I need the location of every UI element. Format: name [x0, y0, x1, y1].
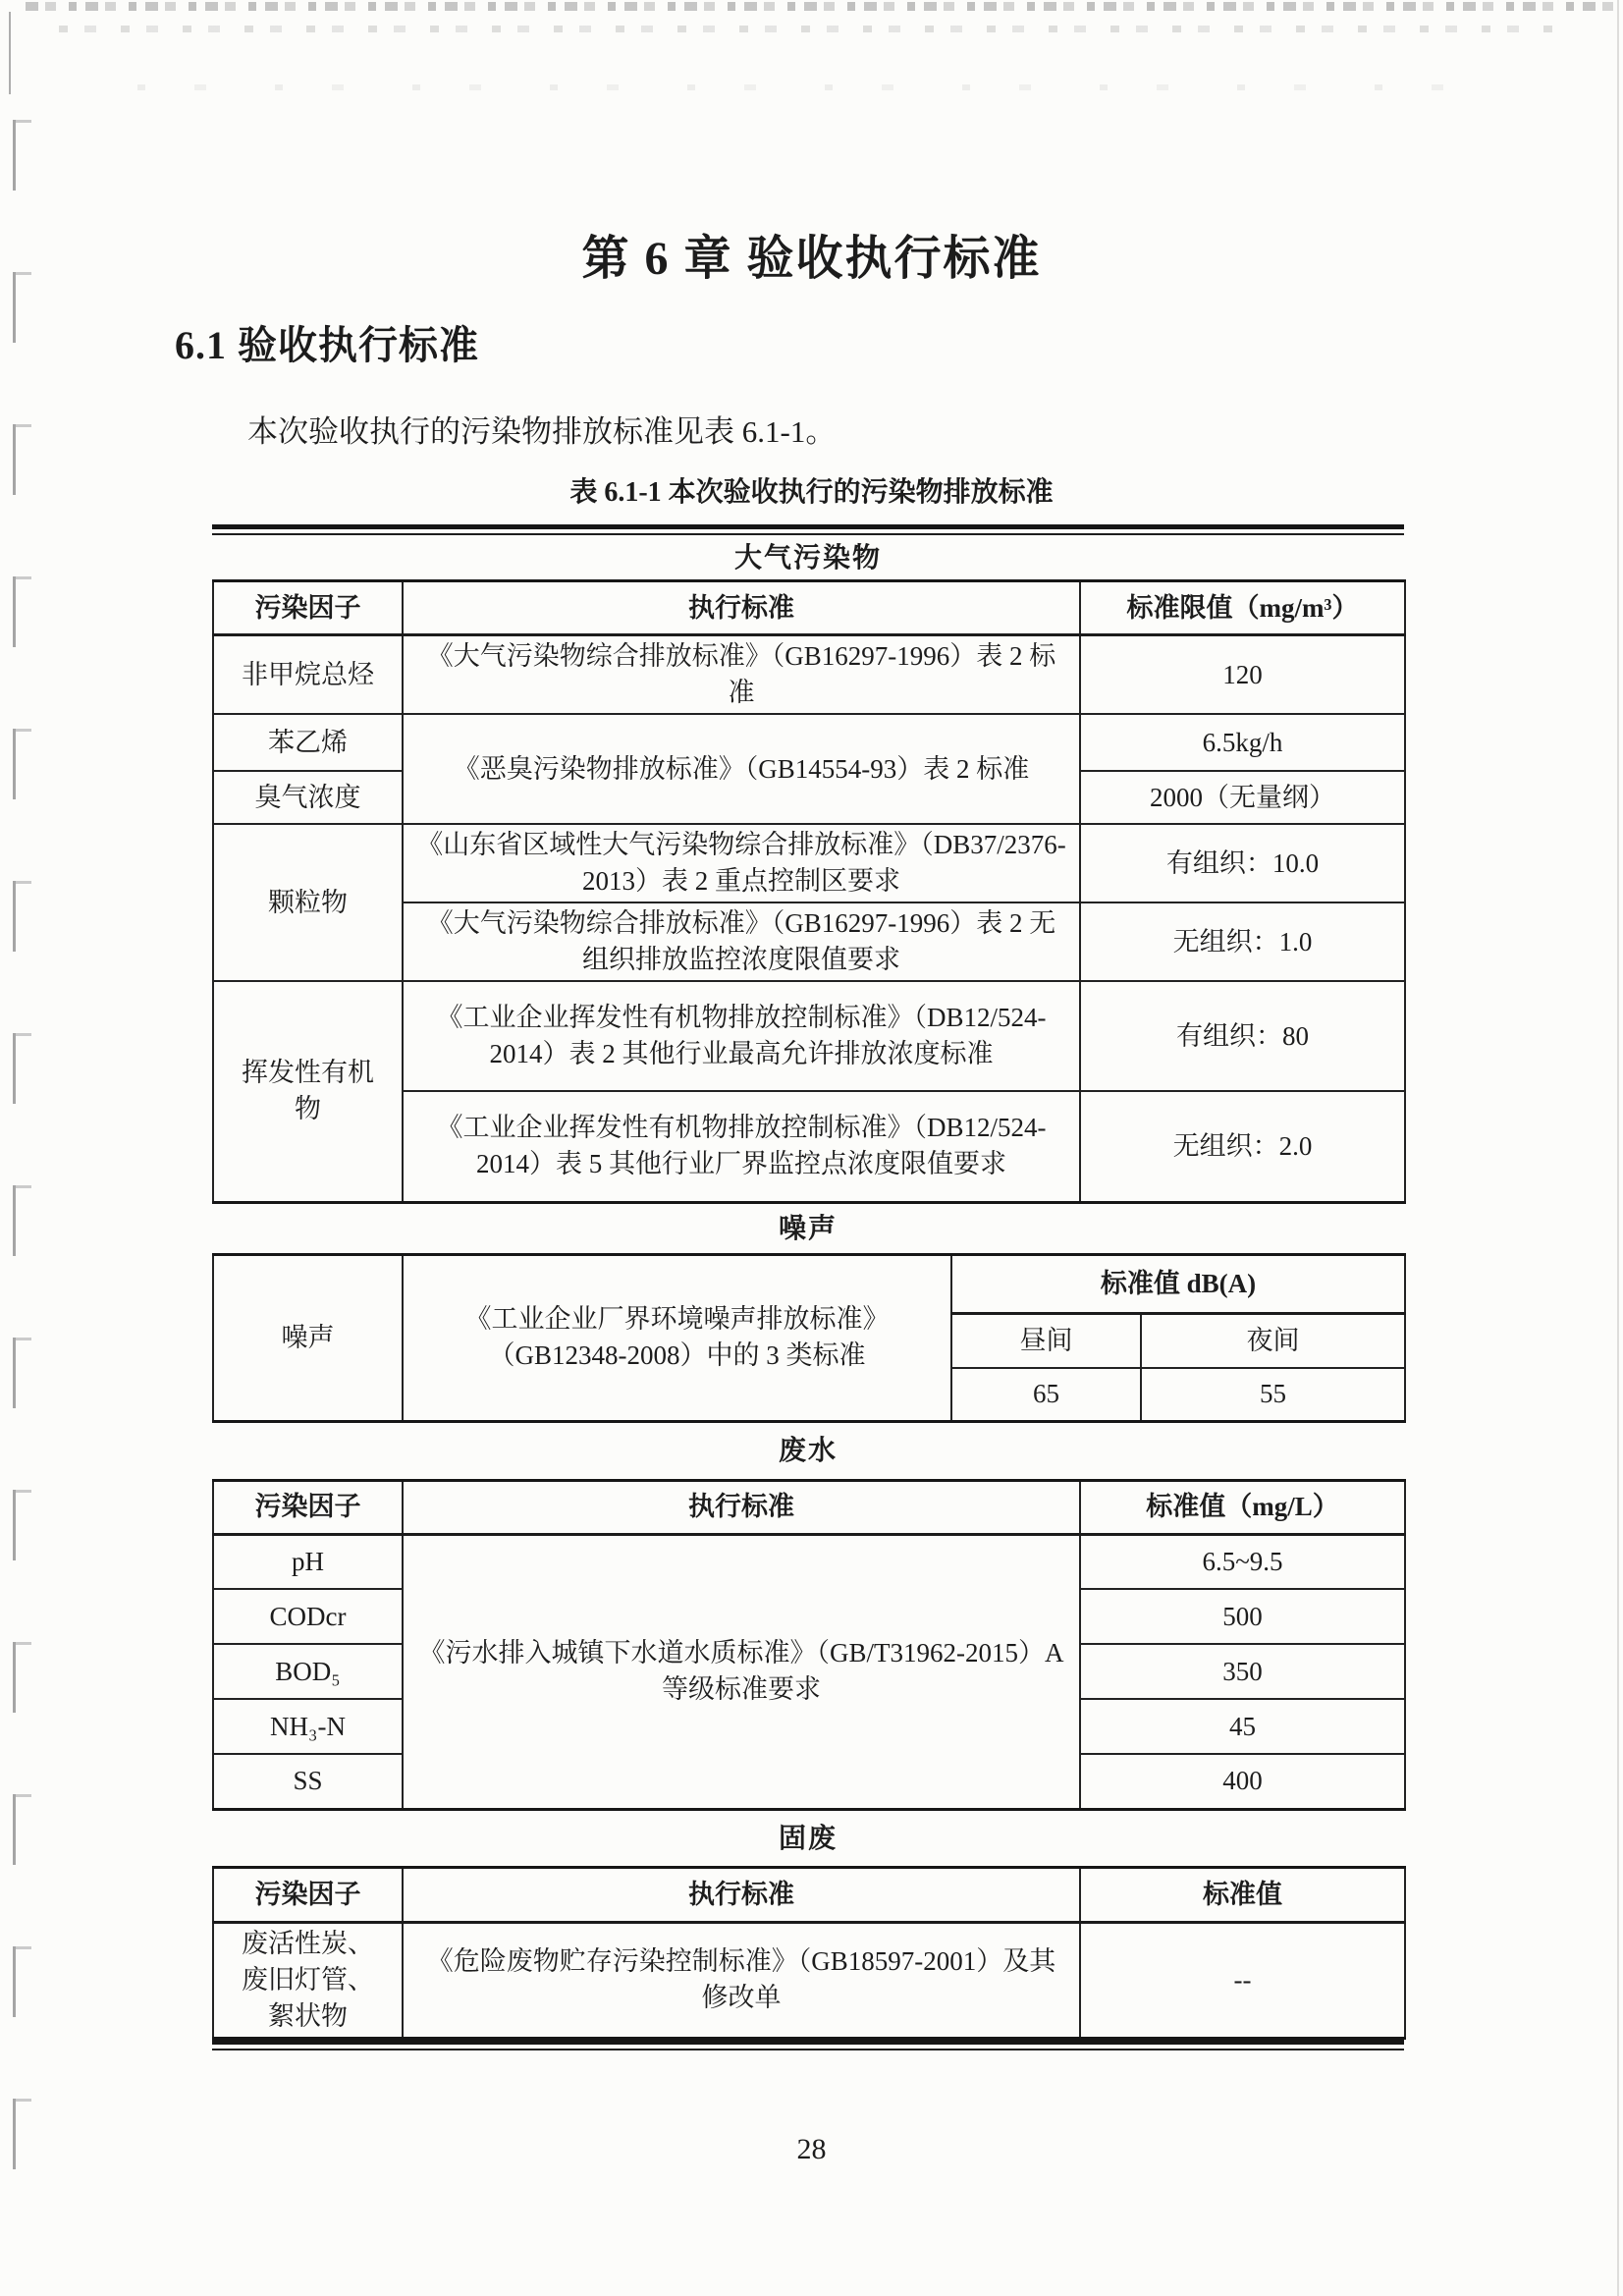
- value-cell: --: [1080, 1922, 1405, 2038]
- table-caption: 表 6.1-1 本次验收执行的污染物排放标准: [0, 470, 1623, 510]
- air-header-factor: 污染因子: [213, 581, 403, 635]
- night-value-cell: 55: [1141, 1368, 1405, 1421]
- limit-cell: 无组织：2.0: [1080, 1091, 1405, 1202]
- factor-cell: BOD₅: [213, 1644, 403, 1699]
- standard-cell: 《山东省区域性大气污染物综合排放标准》（DB37/2376-2013）表 2 重…: [403, 824, 1080, 902]
- table-row: pH 《污水排入城镇下水道水质标准》（GB/T31962-2015）A 等级标准…: [213, 1534, 1405, 1589]
- scan-artifact-edge-line: [9, 12, 11, 94]
- sw-header-value: 标准值: [1080, 1867, 1405, 1922]
- scan-artifact-top-noise-2: [59, 26, 1564, 32]
- factor-cell: 臭气浓度: [213, 771, 403, 824]
- limit-cell: 无组织：1.0: [1080, 902, 1405, 981]
- limit-cell: 有组织：80: [1080, 981, 1405, 1091]
- standard-cell: 《污水排入城镇下水道水质标准》（GB/T31962-2015）A 等级标准要求: [403, 1534, 1080, 1809]
- factor-cell: 苯乙烯: [213, 714, 403, 771]
- factor-cell: 挥发性有机 物: [213, 981, 403, 1202]
- scan-artifact-top-noise: [26, 2, 1615, 11]
- table-row: 苯乙烯 《恶臭污染物排放标准》（GB14554-93）表 2 标准 6.5kg/…: [213, 714, 1405, 771]
- pollutant-standards-table: 大气污染物 污染因子 执行标准 标准限值（mg/m³） 非甲烷总烃 《大气污染物…: [212, 524, 1404, 2050]
- section-band-solid-waste: 固废: [212, 1811, 1404, 1866]
- intro-paragraph: 本次验收执行的污染物排放标准见表 6.1-1。: [247, 407, 836, 451]
- factor-cell: 颗粒物: [213, 824, 403, 981]
- factor-cell: 非甲烷总烃: [213, 635, 403, 715]
- noise-table: 噪声 《工业企业厂界环境噪声排放标准》（GB12348-2008）中的 3 类标…: [212, 1253, 1406, 1423]
- scan-artifact-top-noise-3: [137, 84, 1446, 90]
- sw-header-standard: 执行标准: [403, 1867, 1080, 1922]
- page-number: 28: [0, 2133, 1623, 2166]
- noise-value-header: 标准值 dB(A): [951, 1254, 1405, 1313]
- air-header-standard: 执行标准: [403, 581, 1080, 635]
- section-heading: 6.1 验收执行标准: [175, 314, 479, 370]
- standard-cell: 《工业企业厂界环境噪声排放标准》（GB12348-2008）中的 3 类标准: [403, 1254, 951, 1421]
- air-pollutant-table: 污染因子 执行标准 标准限值（mg/m³） 非甲烷总烃 《大气污染物综合排放标准…: [212, 579, 1406, 1204]
- scanned-document-page: 第 6 章 验收执行标准 6.1 验收执行标准 本次验收执行的污染物排放标准见表…: [0, 0, 1623, 2296]
- factor-cell: pH: [213, 1534, 403, 1589]
- ww-header-value: 标准值（mg/L）: [1080, 1480, 1405, 1534]
- factor-cell: NH₃-N: [213, 1699, 403, 1754]
- standard-cell: 《大气污染物综合排放标准》（GB16297-1996）表 2 无组织排放监控浓度…: [403, 902, 1080, 981]
- scan-artifact-right-edge: [1617, 0, 1619, 2296]
- scan-artifact-left-marks: [13, 120, 34, 2221]
- limit-cell: 2000（无量纲）: [1080, 771, 1405, 824]
- section-band-wastewater: 废水: [212, 1423, 1404, 1479]
- standard-cell: 《工业企业挥发性有机物排放控制标准》（DB12/524-2014）表 2 其他行…: [403, 981, 1080, 1091]
- standard-cell: 《大气污染物综合排放标准》（GB16297-1996）表 2 标准: [403, 635, 1080, 715]
- value-cell: 500: [1080, 1589, 1405, 1644]
- table-top-rule: [212, 524, 1404, 535]
- table-row: 非甲烷总烃 《大气污染物综合排放标准》（GB16297-1996）表 2 标准 …: [213, 635, 1405, 715]
- section-band-air: 大气污染物: [212, 535, 1404, 579]
- value-cell: 400: [1080, 1754, 1405, 1809]
- table-bottom-rule: [212, 2040, 1404, 2050]
- ww-header-factor: 污染因子: [213, 1480, 403, 1534]
- factor-cell: 废活性炭、 废旧灯管、 絮状物: [213, 1922, 403, 2038]
- standard-cell: 《危险废物贮存污染控制标准》（GB18597-2001）及其修改单: [403, 1922, 1080, 2038]
- table-row: 废活性炭、 废旧灯管、 絮状物 《危险废物贮存污染控制标准》（GB18597-2…: [213, 1922, 1405, 2038]
- value-cell: 6.5~9.5: [1080, 1534, 1405, 1589]
- limit-cell: 120: [1080, 635, 1405, 715]
- table-row: 颗粒物 《山东省区域性大气污染物综合排放标准》（DB37/2376-2013）表…: [213, 824, 1405, 902]
- chapter-title: 第 6 章 验收执行标准: [0, 220, 1623, 288]
- factor-cell: SS: [213, 1754, 403, 1809]
- day-value-cell: 65: [951, 1368, 1141, 1421]
- air-header-limit: 标准限值（mg/m³）: [1080, 581, 1405, 635]
- limit-cell: 6.5kg/h: [1080, 714, 1405, 771]
- ww-header-standard: 执行标准: [403, 1480, 1080, 1534]
- table-row: 噪声 《工业企业厂界环境噪声排放标准》（GB12348-2008）中的 3 类标…: [213, 1254, 1405, 1313]
- table-row: 挥发性有机 物 《工业企业挥发性有机物排放控制标准》（DB12/524-2014…: [213, 981, 1405, 1091]
- standard-cell: 《恶臭污染物排放标准》（GB14554-93）表 2 标准: [403, 714, 1080, 824]
- night-label-cell: 夜间: [1141, 1313, 1405, 1368]
- factor-cell: 噪声: [213, 1254, 403, 1421]
- factor-cell: CODcr: [213, 1589, 403, 1644]
- value-cell: 350: [1080, 1644, 1405, 1699]
- section-band-noise: 噪声: [212, 1204, 1404, 1253]
- limit-cell: 有组织：10.0: [1080, 824, 1405, 902]
- sw-header-factor: 污染因子: [213, 1867, 403, 1922]
- wastewater-table: 污染因子 执行标准 标准值（mg/L） pH 《污水排入城镇下水道水质标准》（G…: [212, 1479, 1406, 1811]
- standard-cell: 《工业企业挥发性有机物排放控制标准》（DB12/524-2014）表 5 其他行…: [403, 1091, 1080, 1202]
- day-label-cell: 昼间: [951, 1313, 1141, 1368]
- solid-waste-table: 污染因子 执行标准 标准值 废活性炭、 废旧灯管、 絮状物 《危险废物贮存污染控…: [212, 1866, 1406, 2040]
- value-cell: 45: [1080, 1699, 1405, 1754]
